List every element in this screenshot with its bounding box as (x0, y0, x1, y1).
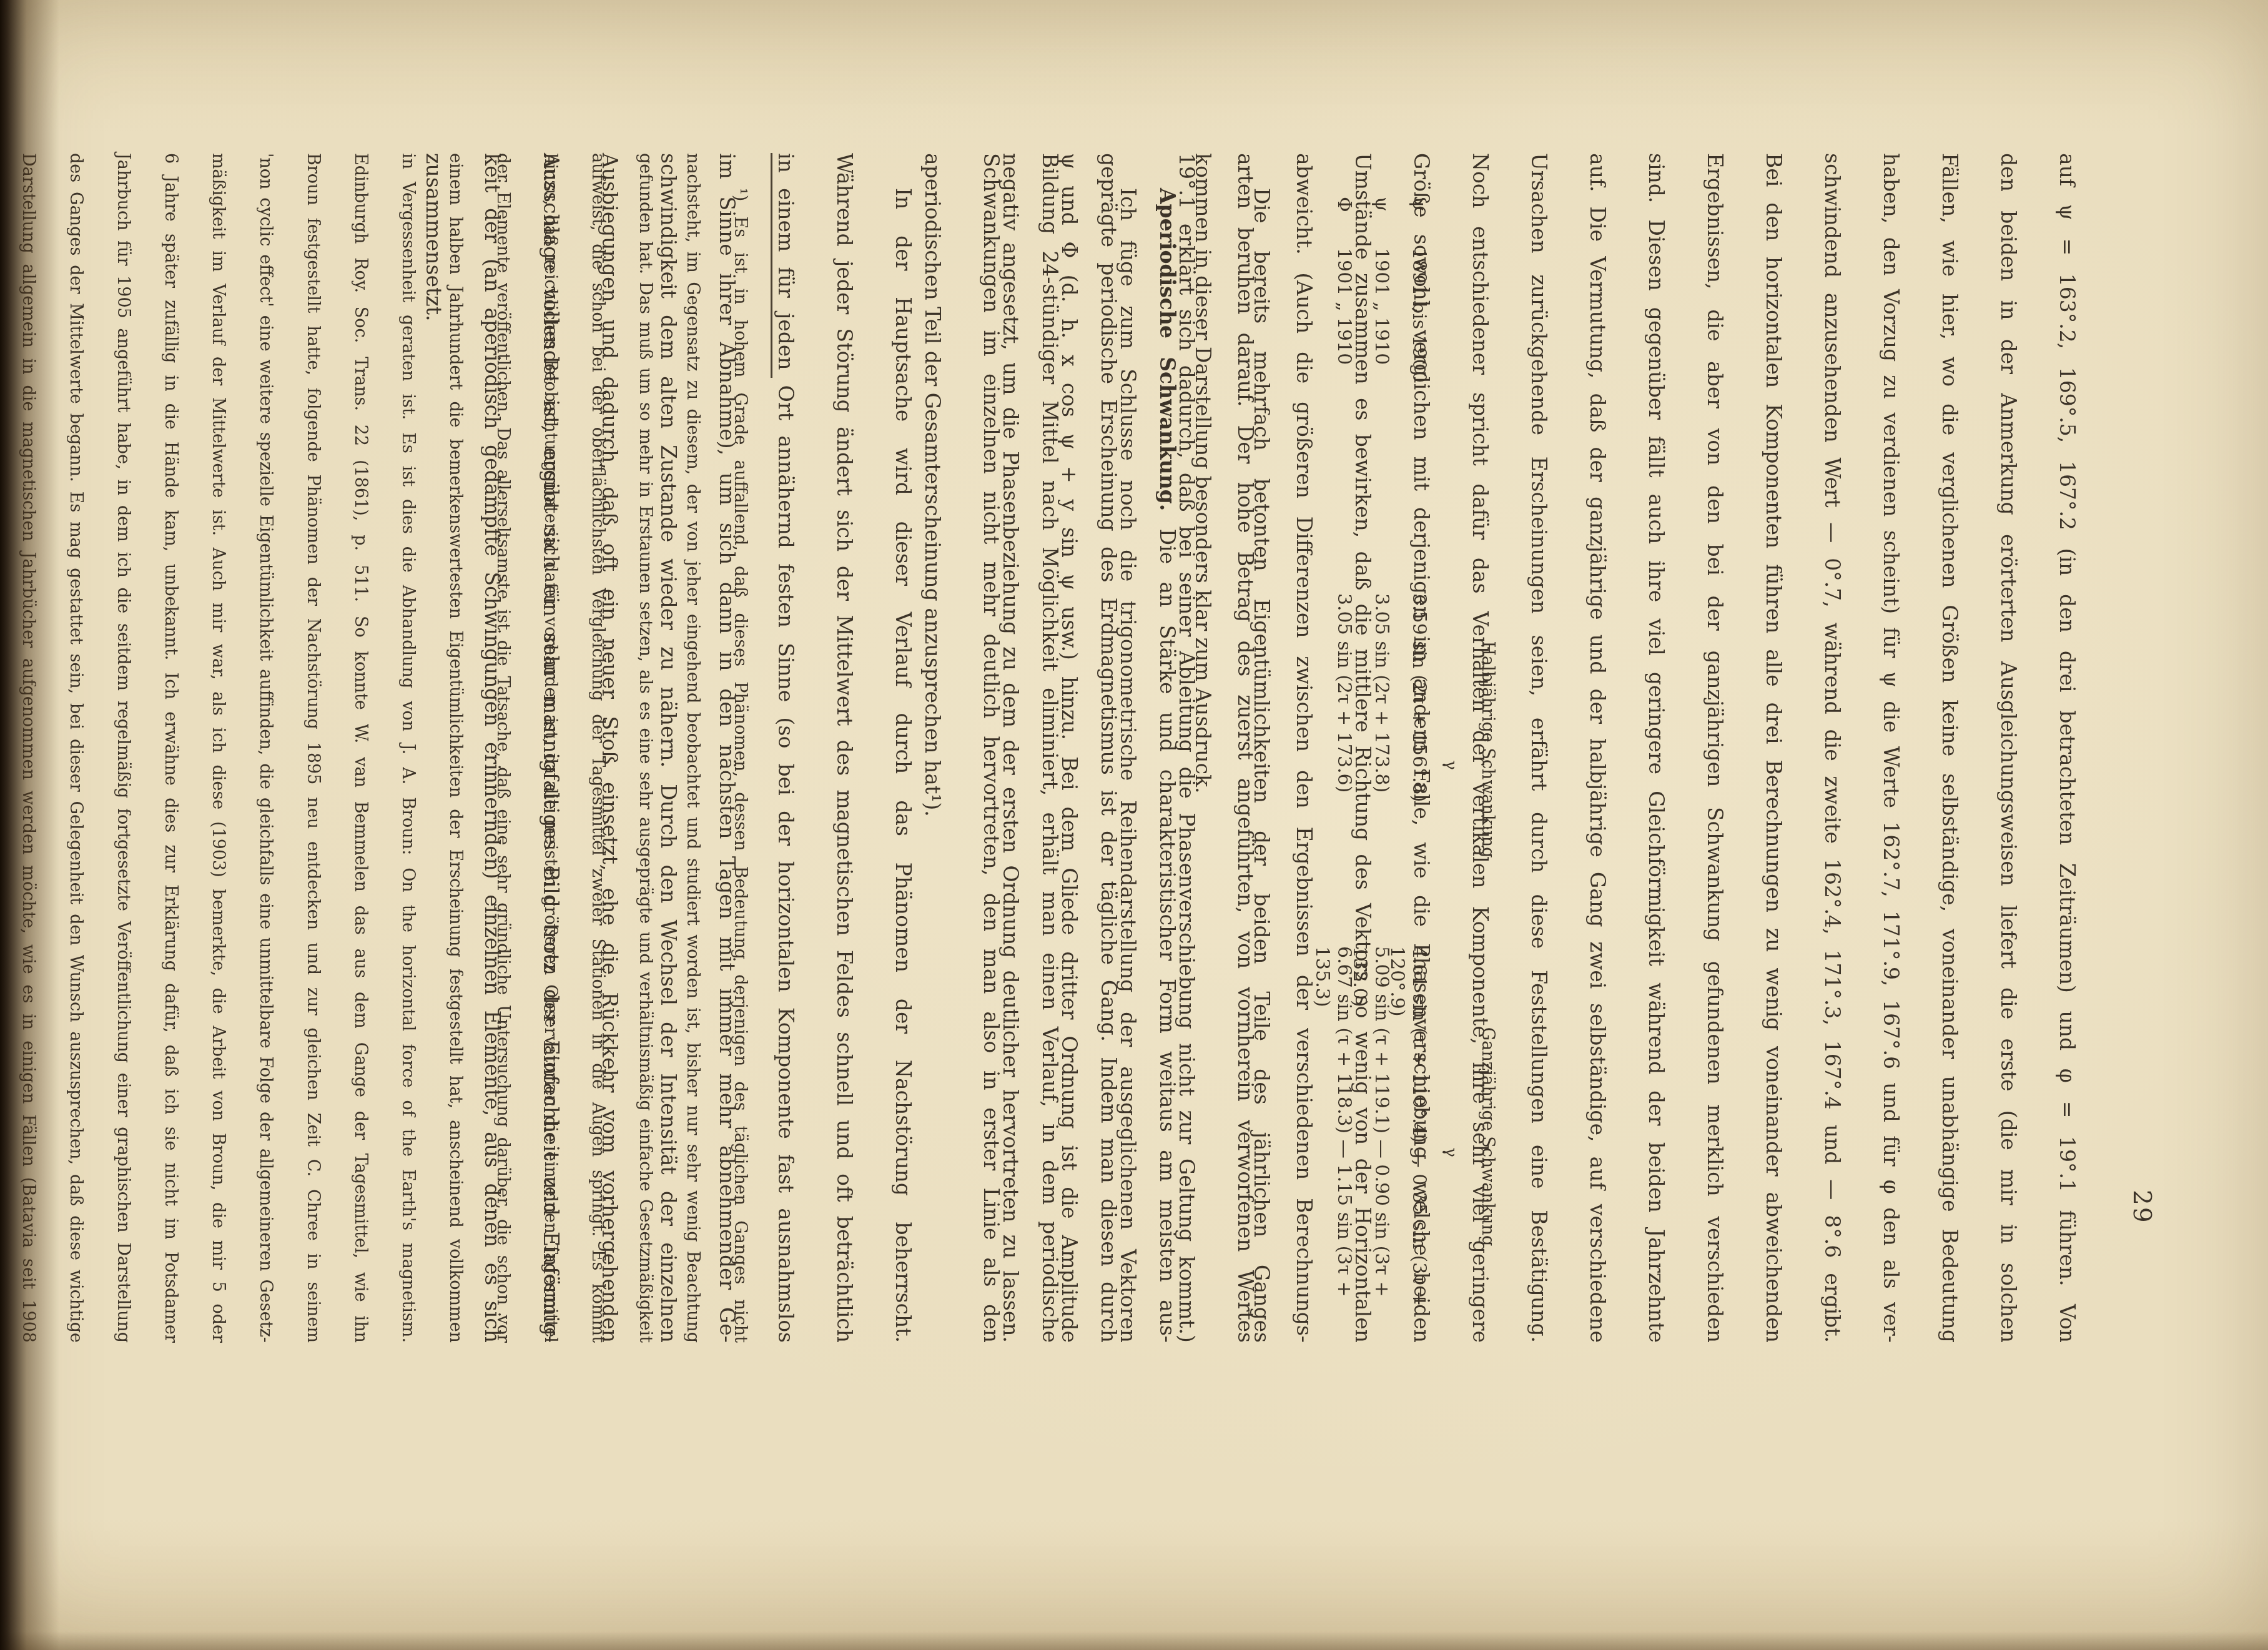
footnote-separator-rule (771, 153, 772, 378)
text-line: auf. Die Vermutung, daß der ganzjährige … (1554, 153, 1612, 1343)
text-line: ¹) Es ist in hohem Grade auffallend, daß… (704, 153, 752, 1343)
text-line: kommen in dieser Darstellung besonders k… (1188, 153, 1218, 1343)
text-line: 6 Jahre später zufällig in die Hände kam… (135, 153, 182, 1343)
text-line: Edinburgh Roy. Soc. Trans. 22 (1861), p.… (325, 153, 372, 1343)
text-line: Bildung 24-stündiger Mittel nach Möglich… (1006, 153, 1065, 1343)
harmonic-table: Halbjährige Schwankung Ganzjährige Schwa… (1278, 153, 1519, 1343)
text-line: Aperiodische Schwankung. Die an Stärke u… (1123, 153, 1182, 1343)
row-element-symbol: Φ (1333, 197, 1355, 212)
table-header-halbjaehrig: Halbjährige Schwankung (1478, 556, 1497, 943)
text-line: haben, den Vorzug zu verdienen scheint) … (1847, 153, 1906, 1343)
text-line: schwindend anzusehenden Wert — 0°.7, wäh… (1788, 153, 1847, 1343)
text-line: In der Hauptsache wird dieser Verlauf du… (859, 153, 918, 1343)
text-line: mäßigkeit im Verlauf der Mittelwerte ist… (182, 153, 230, 1343)
text-line: Während jeder Störung ändert sich der Mi… (801, 153, 859, 1343)
text-line: Die bereits mehrfach betonten Eigentümli… (1218, 153, 1276, 1343)
fullyear-term: 6.67 sin (τ + 118.3) — 1.15 sin (3τ + 13… (1311, 946, 1355, 1343)
page-number: 29 (2127, 1190, 2156, 1225)
paragraph-heading: Aperiodische Schwankung. (1155, 188, 1180, 511)
table-row: Φ1901 „ 19103.05 sin (2τ + 173.6)6.67 si… (1324, 153, 1355, 1343)
page-edge-shadow-bottom (0, 0, 59, 1650)
text-line: Broun festgestellt hatte, folgende Phäno… (277, 153, 325, 1343)
text-line: einem halben Jahrhundert die bemerkenswe… (420, 153, 467, 1343)
halfyear-term: 3.59 sin (2τ + 156°.8) (1408, 593, 1430, 802)
footnote-text: ¹) Es ist in hohem Grade auffallend, daß… (0, 153, 752, 1343)
halfyear-term: 3.05 sin (2τ + 173.6) (1333, 593, 1355, 793)
text-line: den beiden in der Anmerkung erörterten A… (1965, 153, 2023, 1343)
table-header-ganzjaehrig: Ganzjährige Schwankung (1478, 943, 1497, 1330)
text-line: Fällen, wie hier, wo die verglichenen Gr… (1906, 153, 1965, 1343)
text-run: Die an Stärke und charakteristischer For… (1155, 511, 1180, 1343)
text-line: Jahrbuch für 1905 angeführt habe, in dem… (87, 153, 135, 1343)
halfyear-term: 3.05 sin (2τ + 173.8) (1371, 593, 1393, 793)
scanned-book-photo: { "page": { "number": "29" }, "colors": … (0, 0, 2268, 1650)
text-line: nachsteht, im Gegensatz zu diesem, der v… (657, 153, 704, 1343)
row-element-symbol: ψ (1408, 197, 1430, 212)
page-edge-shadow-right (0, 1631, 2268, 1650)
row-year-range: 1891 bis 1900 (1408, 248, 1430, 383)
fullyear-term: 5.09 sin (τ + 119.1) — 0.90 sin (3τ + 13… (1349, 946, 1393, 1343)
gamma-unit-symbol: γ (1441, 1134, 1460, 1171)
text-line: Bei den horizontalen Komponenten führen … (1730, 153, 1788, 1343)
text-line: in Vergessenheit geraten ist. Es ist die… (372, 153, 420, 1343)
table-row: ψ1901 „ 19103.05 sin (2τ + 173.8)5.09 si… (1361, 153, 1393, 1343)
text-line: aperiodischen Teil der Gesamterscheinung… (918, 153, 947, 1343)
text-line: aufweist, die schon bei der oberflächlic… (562, 153, 609, 1343)
text-line: 'non cyclic effect' eine weitere speziel… (230, 153, 277, 1343)
book-page: 29 auf ψ = 163°.2, 169°.5, 167°.2 (in de… (0, 0, 2268, 1650)
text-line: geprägte periodische Erscheinung des Erd… (1065, 153, 1123, 1343)
row-year-range: 1901 „ 1910 (1333, 248, 1355, 365)
text-line: Ergebnissen, die aber von den bei der ga… (1671, 153, 1730, 1343)
text-line: hinzu, daß reichliches Beobachtungsmater… (515, 153, 562, 1343)
row-element-symbol: ψ (1371, 197, 1393, 212)
fullyear-term: 4.61 sin (τ + 110°.4) — 0.35 sin (3τ + 1… (1386, 946, 1430, 1343)
gamma-unit-symbol: γ (1441, 746, 1460, 784)
text-line: gefunden hat. Das muß um so mehr in Erst… (609, 153, 657, 1343)
table-row: ψ1891 bis 19003.59 sin (2τ + 156°.8)4.61… (1399, 153, 1430, 1343)
text-line: Schwankungen im einzelnen nicht mehr deu… (947, 153, 1006, 1343)
text-line: der Elemente veröffentlichen. Das allers… (467, 153, 515, 1343)
text-line: sind. Diesen gegenüber fällt auch ihre v… (1612, 153, 1671, 1343)
text-line: auf ψ = 163°.2, 169°.5, 167°.2 (in den d… (2023, 153, 2082, 1343)
row-year-range: 1901 „ 1910 (1371, 248, 1393, 365)
